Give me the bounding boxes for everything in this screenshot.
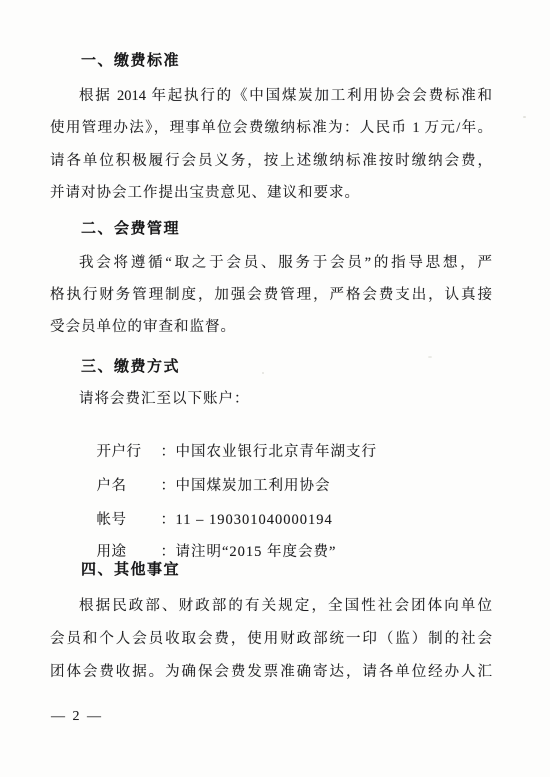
scan-speck xyxy=(428,356,432,358)
page-number: — 2 — xyxy=(51,708,103,725)
account-number-value: 11 – 190301040000194 xyxy=(176,512,333,528)
account-intro-line: 请将会费汇至以下账户： xyxy=(79,391,250,408)
scan-speck xyxy=(262,372,264,374)
body-line: 请各单位积极履行会员义务，按上述缴纳标准按时缴纳会费， xyxy=(50,153,492,170)
body-line: 团体会费收据。为确保会费发票准确寄达，请各单位经办人汇 xyxy=(50,664,492,681)
scanned-document-page: 一、缴费标准 根据 2014 年起执行的《中国煤炭加工利用协会会费标准和 使用管… xyxy=(0,0,550,777)
body-line: 根据 2014 年起执行的《中国煤炭加工利用协会会费标准和 xyxy=(79,88,492,105)
section-heading-fee-management: 二、会费管理 xyxy=(81,220,180,237)
body-line: 使用管理办法》，理事单位会费缴纳标准为：人民币 1 万元/年。 xyxy=(50,120,492,137)
account-purpose-value: 请注明“2015 年度会费” xyxy=(176,544,337,560)
colon: ： xyxy=(161,544,176,560)
section-heading-payment-method: 三、缴费方式 xyxy=(81,358,180,375)
colon: ： xyxy=(161,478,176,494)
body-line: 会员和个人会员收取会费，使用财政部统一印（监）制的社会 xyxy=(50,631,492,648)
account-bank-value: 中国农业银行北京青年湖支行 xyxy=(176,444,378,460)
body-line: 受会员单位的审查和监督。 xyxy=(50,319,236,336)
section-heading-other-matters: 四、其他事宜 xyxy=(81,561,180,578)
body-line: 根据民政部、财政部的有关规定，全国性社会团体向单位 xyxy=(79,598,492,615)
colon: ： xyxy=(161,444,176,460)
body-line: 我会将遵循“取之于会员、服务于会员”的指导思想，严 xyxy=(79,255,492,272)
body-line: 并请对协会工作提出宝贵意见、建议和要求。 xyxy=(50,185,360,202)
account-name-label: 户名 xyxy=(97,478,161,495)
scan-speck xyxy=(523,116,526,118)
body-line: 格执行财务管理制度，加强会费管理，严格会费支出，认真接 xyxy=(50,287,492,304)
account-purpose-label: 用途 xyxy=(97,544,161,561)
section-heading-payment-standard: 一、缴费标准 xyxy=(81,52,180,69)
colon: ： xyxy=(161,512,176,528)
account-name-value: 中国煤炭加工利用协会 xyxy=(176,478,331,494)
account-bank-label: 开户行 xyxy=(97,444,161,461)
